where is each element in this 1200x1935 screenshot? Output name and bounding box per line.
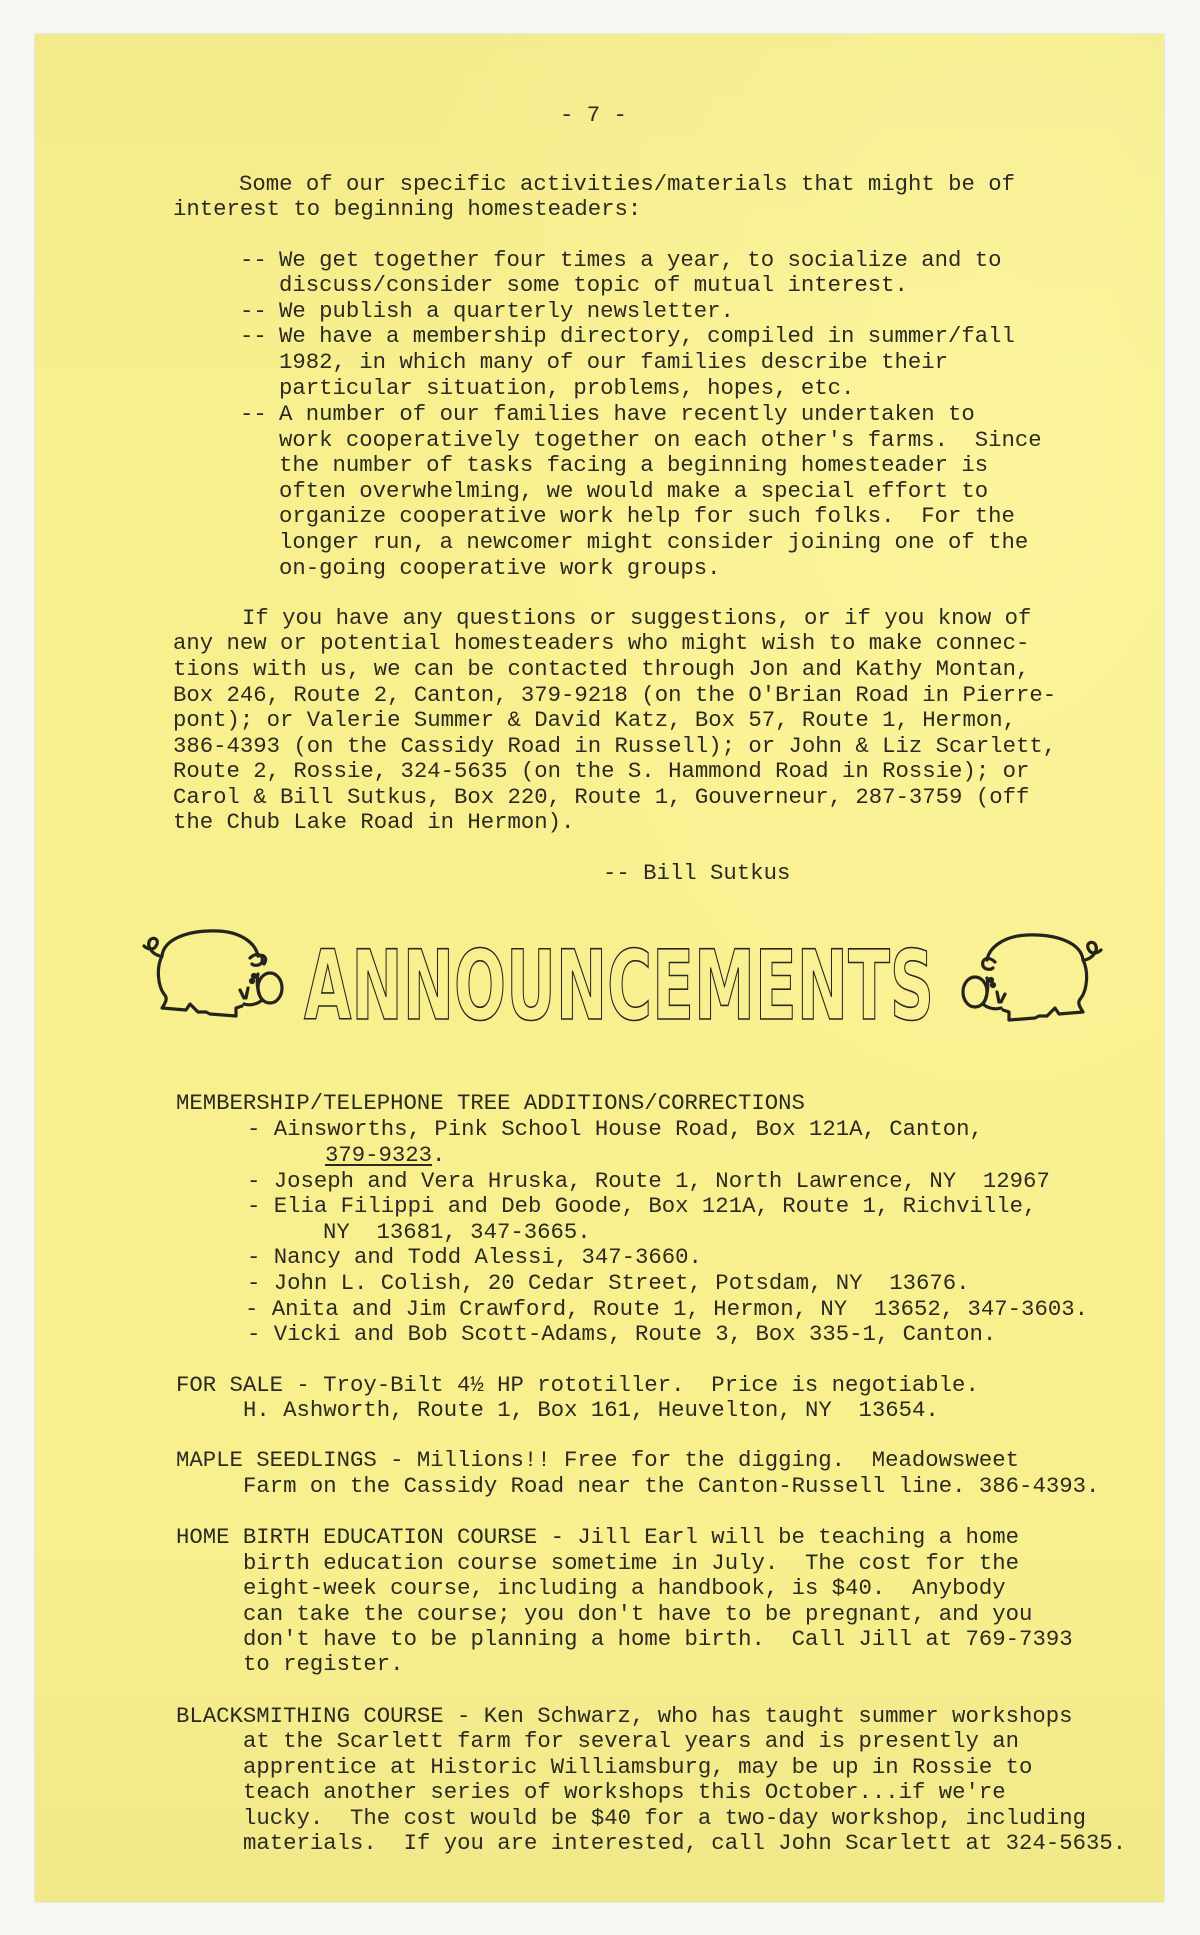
pig-icon	[140, 928, 285, 1028]
paragraph-line: MAPLE SEEDLINGS - Millions!! Free for th…	[176, 1447, 1019, 1473]
list-item: - Joseph and Vera Hruska, Route 1, North…	[247, 1168, 1050, 1194]
paragraph-line: H. Ashworth, Route 1, Box 161, Heuvelton…	[243, 1397, 939, 1423]
entry-line: 379-9323.	[325, 1142, 445, 1168]
list-item: - John L. Colish, 20 Cedar Street, Potsd…	[247, 1270, 970, 1296]
paragraph-line: If you have any questions or suggestions…	[242, 605, 1031, 631]
bullet: --	[240, 323, 267, 349]
bullet: --	[240, 298, 267, 324]
activity-text: on-going cooperative work groups.	[279, 555, 721, 581]
paragraph-line: at the Scarlett farm for several years a…	[243, 1728, 1019, 1754]
list-item: - Anita and Jim Crawford, Route 1, Hermo…	[245, 1296, 1088, 1322]
activity-text: often overwhelming, we would make a spec…	[279, 478, 988, 504]
paragraph-line: pont); or Valerie Summer & David Katz, B…	[173, 707, 1016, 733]
activity-text: organize cooperative work help for such …	[279, 503, 1015, 529]
entry-line: - Ainsworths, Pink School House Road, Bo…	[247, 1116, 983, 1142]
activity-text: discuss/consider some topic of mutual in…	[279, 272, 908, 298]
intro-line-2: interest to beginning homesteaders:	[173, 196, 641, 222]
paragraph-line: to register.	[243, 1651, 404, 1677]
activity-text: We publish a quarterly newsletter.	[279, 298, 734, 324]
punctuation: .	[432, 1142, 445, 1168]
bullet: --	[240, 247, 267, 273]
pig-icon	[960, 932, 1105, 1032]
paragraph-line: materials. If you are interested, call J…	[243, 1830, 1126, 1856]
list-item: - Nancy and Todd Alessi, 347-3660.	[247, 1244, 702, 1270]
paragraph-line: apprentice at Historic Williamsburg, may…	[243, 1754, 1032, 1780]
paragraph-line: HOME BIRTH EDUCATION COURSE - Jill Earl …	[176, 1524, 1019, 1550]
activity-text: particular situation, problems, hopes, e…	[279, 375, 854, 401]
paragraph-line: Carol & Bill Sutkus, Box 220, Route 1, G…	[173, 784, 1029, 810]
intro-line-1: Some of our specific activities/material…	[239, 171, 1015, 197]
activity-text: A number of our families have recently u…	[279, 401, 975, 427]
paragraph-line: eight-week course, including a handbook,…	[243, 1575, 1006, 1601]
page-number: - 7 -	[560, 102, 627, 128]
bullet: --	[240, 401, 267, 427]
paragraph-line: the Chub Lake Road in Hermon).	[173, 809, 574, 835]
phone-number: 379-9323	[325, 1142, 432, 1168]
paragraph-line: birth education course sometime in July.…	[243, 1550, 1019, 1576]
paragraph-line: Route 2, Rossie, 324-5635 (on the S. Ham…	[173, 758, 1029, 784]
entry-line: NY 13681, 347-3665.	[323, 1219, 591, 1245]
paragraph-line: can take the course; you don't have to b…	[243, 1601, 1032, 1627]
activity-text: We have a membership directory, compiled…	[279, 323, 1015, 349]
activity-text: the number of tasks facing a beginning h…	[279, 452, 988, 478]
paragraph-line: BLACKSMITHING COURSE - Ken Schwarz, who …	[176, 1703, 1072, 1729]
signature: -- Bill Sutkus	[603, 860, 790, 886]
activity-text: 1982, in which many of our families desc…	[279, 349, 948, 375]
paragraph-line: lucky. The cost would be $40 for a two-d…	[243, 1805, 1086, 1831]
announcements-banner: ANNOUNCEMENTS	[300, 933, 940, 1028]
banner-title: ANNOUNCEMENTS	[304, 933, 934, 1028]
paragraph-line: FOR SALE - Troy-Bilt 4½ HP rototiller. P…	[176, 1372, 979, 1398]
entry-line: - Elia Filippi and Deb Goode, Box 121A, …	[247, 1193, 1036, 1219]
activity-text: longer run, a newcomer might consider jo…	[279, 529, 1028, 555]
activity-text: We get together four times a year, to so…	[279, 247, 1002, 273]
paragraph-line: don't have to be planning a home birth. …	[243, 1626, 1073, 1652]
paragraph-line: Box 246, Route 2, Canton, 379-9218 (on t…	[173, 682, 1056, 708]
paragraph-line: Farm on the Cassidy Road near the Canton…	[243, 1473, 1099, 1499]
paragraph-line: 386-4393 (on the Cassidy Road in Russell…	[173, 733, 1056, 759]
paragraph-line: tions with us, we can be contacted throu…	[173, 656, 1029, 682]
paragraph-line: any new or potential homesteaders who mi…	[173, 630, 1029, 656]
paragraph-line: teach another series of workshops this O…	[243, 1779, 1006, 1805]
activity-text: work cooperatively together on each othe…	[279, 427, 1042, 453]
list-item: - Vicki and Bob Scott-Adams, Route 3, Bo…	[247, 1321, 996, 1347]
section-heading: MEMBERSHIP/TELEPHONE TREE ADDITIONS/CORR…	[176, 1090, 805, 1116]
